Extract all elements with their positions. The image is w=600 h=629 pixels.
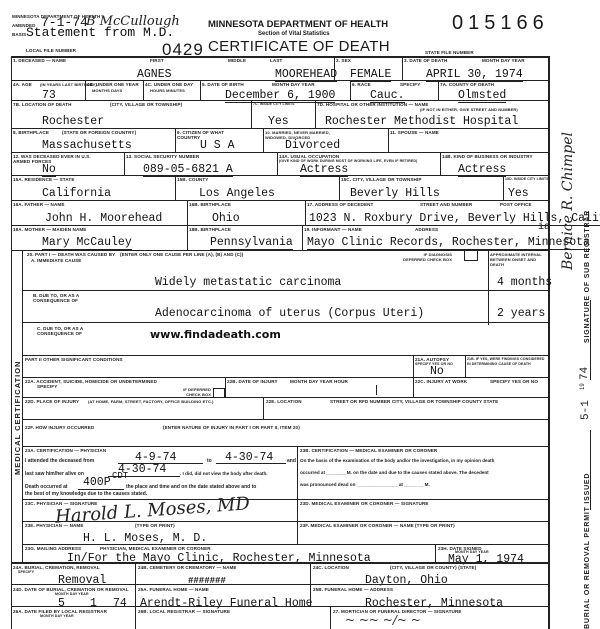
mailing-sublabel: PHYSICIAN, MEDICAL EXAMINER OR CORONER: [100, 546, 211, 551]
row-divider: [22, 355, 548, 356]
cause-c-label: C. DUE TO, OR AS A CONSEQUENCE OF: [37, 326, 117, 336]
divider: [124, 152, 125, 175]
and-text: and: [287, 458, 296, 464]
divider: [200, 80, 201, 100]
date-of-death-label: 3. DATE OF DEATH: [404, 58, 447, 63]
basis-label: BASIS: [12, 32, 26, 37]
cemetery-label: 24b. CEMETERY OR CREMATORY — NAME: [138, 565, 237, 570]
injury-place-sublabel: (AT HOME, FARM, STREET, FACTORY, OFFICE …: [88, 399, 223, 404]
underline: [78, 489, 124, 490]
father-label: 16a. FATHER — NAME: [13, 202, 65, 207]
row-divider: [22, 419, 548, 420]
date-filed-sublabel: MONTH DAY YEAR: [40, 614, 74, 619]
mother-birthplace-label: 18b. BIRTHPLACE: [189, 227, 231, 232]
agency-title: MINNESOTA DEPARTMENT OF HEALTH: [208, 19, 388, 30]
disposition-location-sublabel: (CITY, VILLAGE OR COUNTY) (STATE): [390, 565, 476, 570]
deferred-checkbox[interactable]: [464, 251, 478, 261]
me-text-3: was pronounced dead on ________________ …: [300, 482, 430, 487]
divider: [263, 397, 264, 419]
divider: [85, 80, 86, 100]
cause-a-value: Widely metastatic carcinoma: [155, 277, 341, 289]
under-one-year-sublabel: MONTHS DAYS: [92, 88, 122, 93]
residence-county-label: 15b. COUNTY: [177, 177, 208, 182]
injury-date-sublabel: MONTH DAY YEAR HOUR: [290, 379, 348, 384]
residence-city-label: 15c. CITY, VILLAGE OR TOWNSHIP: [341, 177, 422, 182]
watermark-link[interactable]: www.findadeath.com: [150, 328, 281, 341]
hospital-label: 7d. HOSPITAL OR OTHER INSTITUTION — NAME: [317, 102, 429, 107]
section-title: Section of Vital Statistics: [258, 31, 330, 37]
divider: [302, 225, 303, 250]
injury-date-label: 22b. DATE OF INJURY: [227, 379, 278, 384]
last-saw-text: last saw him/her alive on: [25, 471, 84, 477]
divider: [330, 606, 331, 629]
funeral-home-label: 25a. FUNERAL HOME — NAME: [138, 587, 209, 592]
row-divider: [11, 562, 548, 564]
informant-value: Mayo Clinic Records, Rochester, Minnesot…: [307, 237, 590, 250]
divider: [187, 200, 188, 225]
margin-rule: [590, 300, 591, 380]
divider: [310, 562, 311, 584]
me-text-1: On the basis of the examination of the b…: [300, 458, 494, 463]
permit-date: 5-1: [580, 400, 592, 420]
informant-label: 19. INFORMANT — NAME: [304, 227, 362, 232]
part1-note: (ENTER ONLY ONE CAUSE PER LINE (A), (B) …: [120, 252, 243, 257]
race-label: 6. RACE: [352, 82, 371, 87]
interval-b-value: 2 years: [497, 308, 545, 320]
row-divider: [22, 290, 548, 291]
row-divider: [11, 584, 548, 585]
attended-text: I attended the deceased from: [25, 458, 94, 464]
under-one-day-sublabel: HOURS MINUTES: [150, 88, 185, 93]
informant-sublabel: ADDRESS: [415, 227, 438, 232]
interval-label: APPROXIMATE INTERVAL BETWEEN ONSET AND D…: [490, 252, 545, 267]
divider: [339, 175, 340, 200]
date-of-death-sublabel: MONTH DAY YEAR: [482, 58, 525, 63]
divider: [413, 377, 414, 397]
divider: [305, 200, 306, 225]
first-name-sublabel: FIRST: [150, 58, 164, 63]
address-sublabel-street: STREET AND NUMBER: [420, 202, 472, 207]
residence-state-label: 15a. RESIDENCE — STATE: [13, 177, 75, 182]
mother-birthplace-value: Pennsylvania: [210, 237, 293, 250]
address-overflow: ia: [538, 222, 550, 234]
deceased-name-label: 1. DECEASED — NAME: [13, 58, 66, 63]
divider: [297, 446, 298, 499]
divider: [143, 80, 144, 100]
sex-label: 2. SEX: [336, 58, 351, 63]
part1-label: 20. PART I — DEATH WAS CAUSED BY: [27, 252, 115, 257]
residence-inside-label: 15d. INSIDE CITY LIMITS: [505, 177, 549, 182]
sub-registrar-signature: Bernice R. Chimpel: [560, 132, 576, 270]
me-text-2: occurred at ________M. on the date and d…: [300, 470, 489, 475]
row-divider: [11, 128, 548, 129]
divider: [187, 225, 188, 250]
physician-name-sublabel: (TYPE OR PRINT): [135, 523, 175, 528]
business-label: 14b. KIND OF BUSINESS OR INDUSTRY: [442, 154, 533, 159]
state-file-number: 015166: [452, 12, 549, 35]
row-divider: [11, 225, 548, 226]
cause-b-value: Adenocarcinoma of uterus (Corpus Uteri): [155, 308, 424, 320]
address-sublabel-po: POST OFFICE: [500, 202, 532, 207]
state-file-label: STATE FILE NUMBER: [425, 50, 474, 55]
divider: [263, 128, 264, 152]
under-one-day-label: 4c. UNDER ONE DAY: [145, 82, 193, 87]
mortician-signature: ~ ~~ ~/~ ~: [345, 613, 421, 627]
interval-a-value: 4 months: [497, 277, 552, 289]
divider: [251, 100, 252, 128]
me-signature-label: 23d. MEDICAL EXAMINER OR CORONER — SIGNA…: [300, 501, 429, 506]
knowledge-text: the best of my knowledge due to the caus…: [25, 491, 147, 497]
citizen-value: U S A: [200, 140, 235, 152]
age-label: 4a. AGE: [13, 82, 32, 87]
hospital-sublabel: (IF NOT IN EITHER, GIVE STREET AND NUMBE…: [420, 107, 518, 112]
physician-cert-label: 23a. CERTIFICATION — PHYSICIAN: [25, 448, 106, 453]
birthplace-sublabel: (STATE OR FOREIGN COUNTRY): [62, 130, 136, 135]
divider: [438, 80, 439, 100]
medical-inner-border: [22, 250, 23, 562]
date-of-birth-label: 5. DATE OF BIRTH: [202, 82, 244, 87]
divider: [315, 100, 316, 128]
last-name-sublabel: LAST: [270, 58, 282, 63]
under-one-year-label: 4b. UNDER ONE YEAR: [87, 82, 139, 87]
row-divider: [22, 544, 548, 545]
ssn-label: 13. SOCIAL SECURITY NUMBER: [126, 154, 199, 159]
medical-certification-side-label: MEDICAL CERTIFICATION: [13, 361, 22, 475]
burial-year-value: 74: [113, 598, 127, 610]
place-time-text: the place and time and on the date state…: [126, 484, 256, 490]
injury-work-label: 22c. INJURY AT WORK: [415, 379, 467, 384]
accident-deferred-label: IF DEFERRED CHECK BOX: [175, 387, 211, 397]
divider: [225, 377, 226, 397]
cause-a-label: A. IMMEDIATE CAUSE: [31, 258, 81, 263]
row-divider: [22, 322, 548, 323]
divider: [413, 355, 414, 377]
date-of-birth-sublabel: MONTH DAY YEAR: [272, 82, 315, 87]
armed-forces-label: 12. WAS DECEASED EVER IN U.S. ARMED FORC…: [13, 154, 108, 164]
row-divider: [22, 397, 548, 398]
divider: [277, 152, 278, 175]
divider: [175, 128, 176, 152]
margin-rule: [590, 430, 591, 510]
divider: [175, 175, 176, 200]
middle-name-sublabel: MIDDLE: [228, 58, 246, 63]
findings-label: 21b. IF YES, WERE FINDINGS CONSIDERED IN…: [467, 357, 545, 367]
disposition-location-label: 24c. LOCATION: [313, 565, 349, 570]
permit-year-prefix: 19: [580, 383, 586, 390]
divider: [376, 385, 377, 395]
location-of-death-label: 7b. LOCATION OF DEATH: [13, 102, 72, 107]
accident-deferred-checkbox[interactable]: [213, 388, 225, 397]
divider: [503, 175, 504, 200]
mother-label: 18a. MOTHER — MAIDEN NAME: [13, 227, 86, 232]
row-divider: [22, 521, 548, 522]
cause-b-label: B. DUE TO, OR AS A CONSEQUENCE OF: [33, 293, 113, 303]
divider: [440, 152, 441, 175]
divider: [465, 355, 466, 377]
injury-location-sublabel: STREET OR RFD NUMBER CITY, VILLAGE OR TO…: [330, 399, 498, 404]
county-of-death-value: Olmsted: [458, 90, 506, 103]
death-timezone-value: CDT: [112, 470, 128, 482]
birthplace-label: 8. BIRTHPLACE: [13, 130, 49, 135]
basis-value: Statement from M.D.: [26, 27, 174, 39]
divider: [310, 584, 311, 606]
inside-limits-label: 7c. INSIDE CITY LIMITS: [253, 102, 295, 107]
location-of-death-sublabel: (CITY, VILLAGE OR TOWNSHIP): [110, 102, 182, 107]
row-divider: [11, 606, 548, 607]
attended-to-text: to: [207, 458, 212, 464]
mailing-label: 23g. MAILING ADDRESS: [25, 546, 81, 551]
frame-right: [548, 56, 550, 629]
injury-work-sublabel: SPECIFY YES OR NO: [490, 379, 538, 384]
deferred-label: IF DIAGNOSIS DEFERRED CHECK BOX: [400, 252, 452, 262]
registrar-label: 26b. LOCAL REGISTRAR — SIGNATURE: [138, 609, 230, 614]
row-divider: [11, 175, 548, 176]
row-divider: [11, 200, 548, 201]
interval-divider: [488, 250, 489, 325]
how-injury-sublabel: (ENTER NATURE OF INJURY IN PART I OR PAR…: [163, 425, 300, 430]
row-divider: [22, 499, 548, 500]
row-divider: [22, 446, 548, 447]
row-divider: [22, 377, 548, 378]
row-divider: [11, 152, 548, 153]
me-name-sublabel: (TYPE OR PRINT): [415, 523, 455, 528]
divider: [350, 80, 351, 100]
disposition-location-value: Dayton, Ohio: [365, 575, 448, 587]
me-cert-label: 23b. CERTIFICATION — MEDICAL EXAMINER OR…: [300, 448, 437, 453]
divider: [135, 562, 136, 629]
burial-value: Removal: [58, 575, 106, 587]
funeral-address-label: 25b. FUNERAL HOME — ADDRESS: [313, 587, 393, 592]
page-title: CERTIFICATE OF DEATH: [208, 38, 390, 55]
injury-location-label: 22e. LOCATION: [266, 399, 302, 404]
father-birthplace-label: 16b. BIRTHPLACE: [189, 202, 231, 207]
cemetery-value: #######: [188, 575, 226, 587]
did-view-text: . I did, did not view the body after dea…: [180, 471, 268, 476]
death-time-value: 400P: [83, 477, 111, 489]
county-of-death-label: 7a. COUNTY OF DEATH: [440, 82, 494, 87]
underline: [216, 463, 286, 464]
divider: [334, 56, 335, 80]
spouse-label: 11. SPOUSE — NAME: [390, 130, 439, 135]
local-file-label: LOCAL FILE NUMBER: [26, 48, 76, 53]
physician-name-label: 23e. PHYSICIAN — NAME: [25, 523, 84, 528]
me-name-label: 23f. MEDICAL EXAMINER OR CORONER — NAME: [300, 523, 414, 528]
divider: [435, 544, 436, 562]
row-divider: [11, 80, 548, 81]
divider: [388, 128, 389, 152]
how-injury-label: 22f. HOW INJURY OCCURRED: [25, 425, 94, 430]
burial-sublabel: SPECIFY: [18, 570, 34, 575]
part2-label: PART II OTHER SIGNIFICANT CONDITIONS: [25, 357, 123, 362]
frame-left: [11, 56, 12, 629]
injury-place-label: 22d. PLACE OF INJURY: [25, 399, 79, 404]
divider: [402, 56, 403, 80]
mother-value: Mary McCauley: [42, 237, 132, 250]
accident-sublabel: SPECIFY: [37, 384, 57, 389]
row-divider: [11, 100, 548, 101]
death-occurred-text: Death occurred at: [25, 484, 68, 490]
address-label: 17. ADDRESS OF DECEDENT: [307, 202, 373, 207]
race-sublabel: SPECIFY: [400, 82, 420, 87]
